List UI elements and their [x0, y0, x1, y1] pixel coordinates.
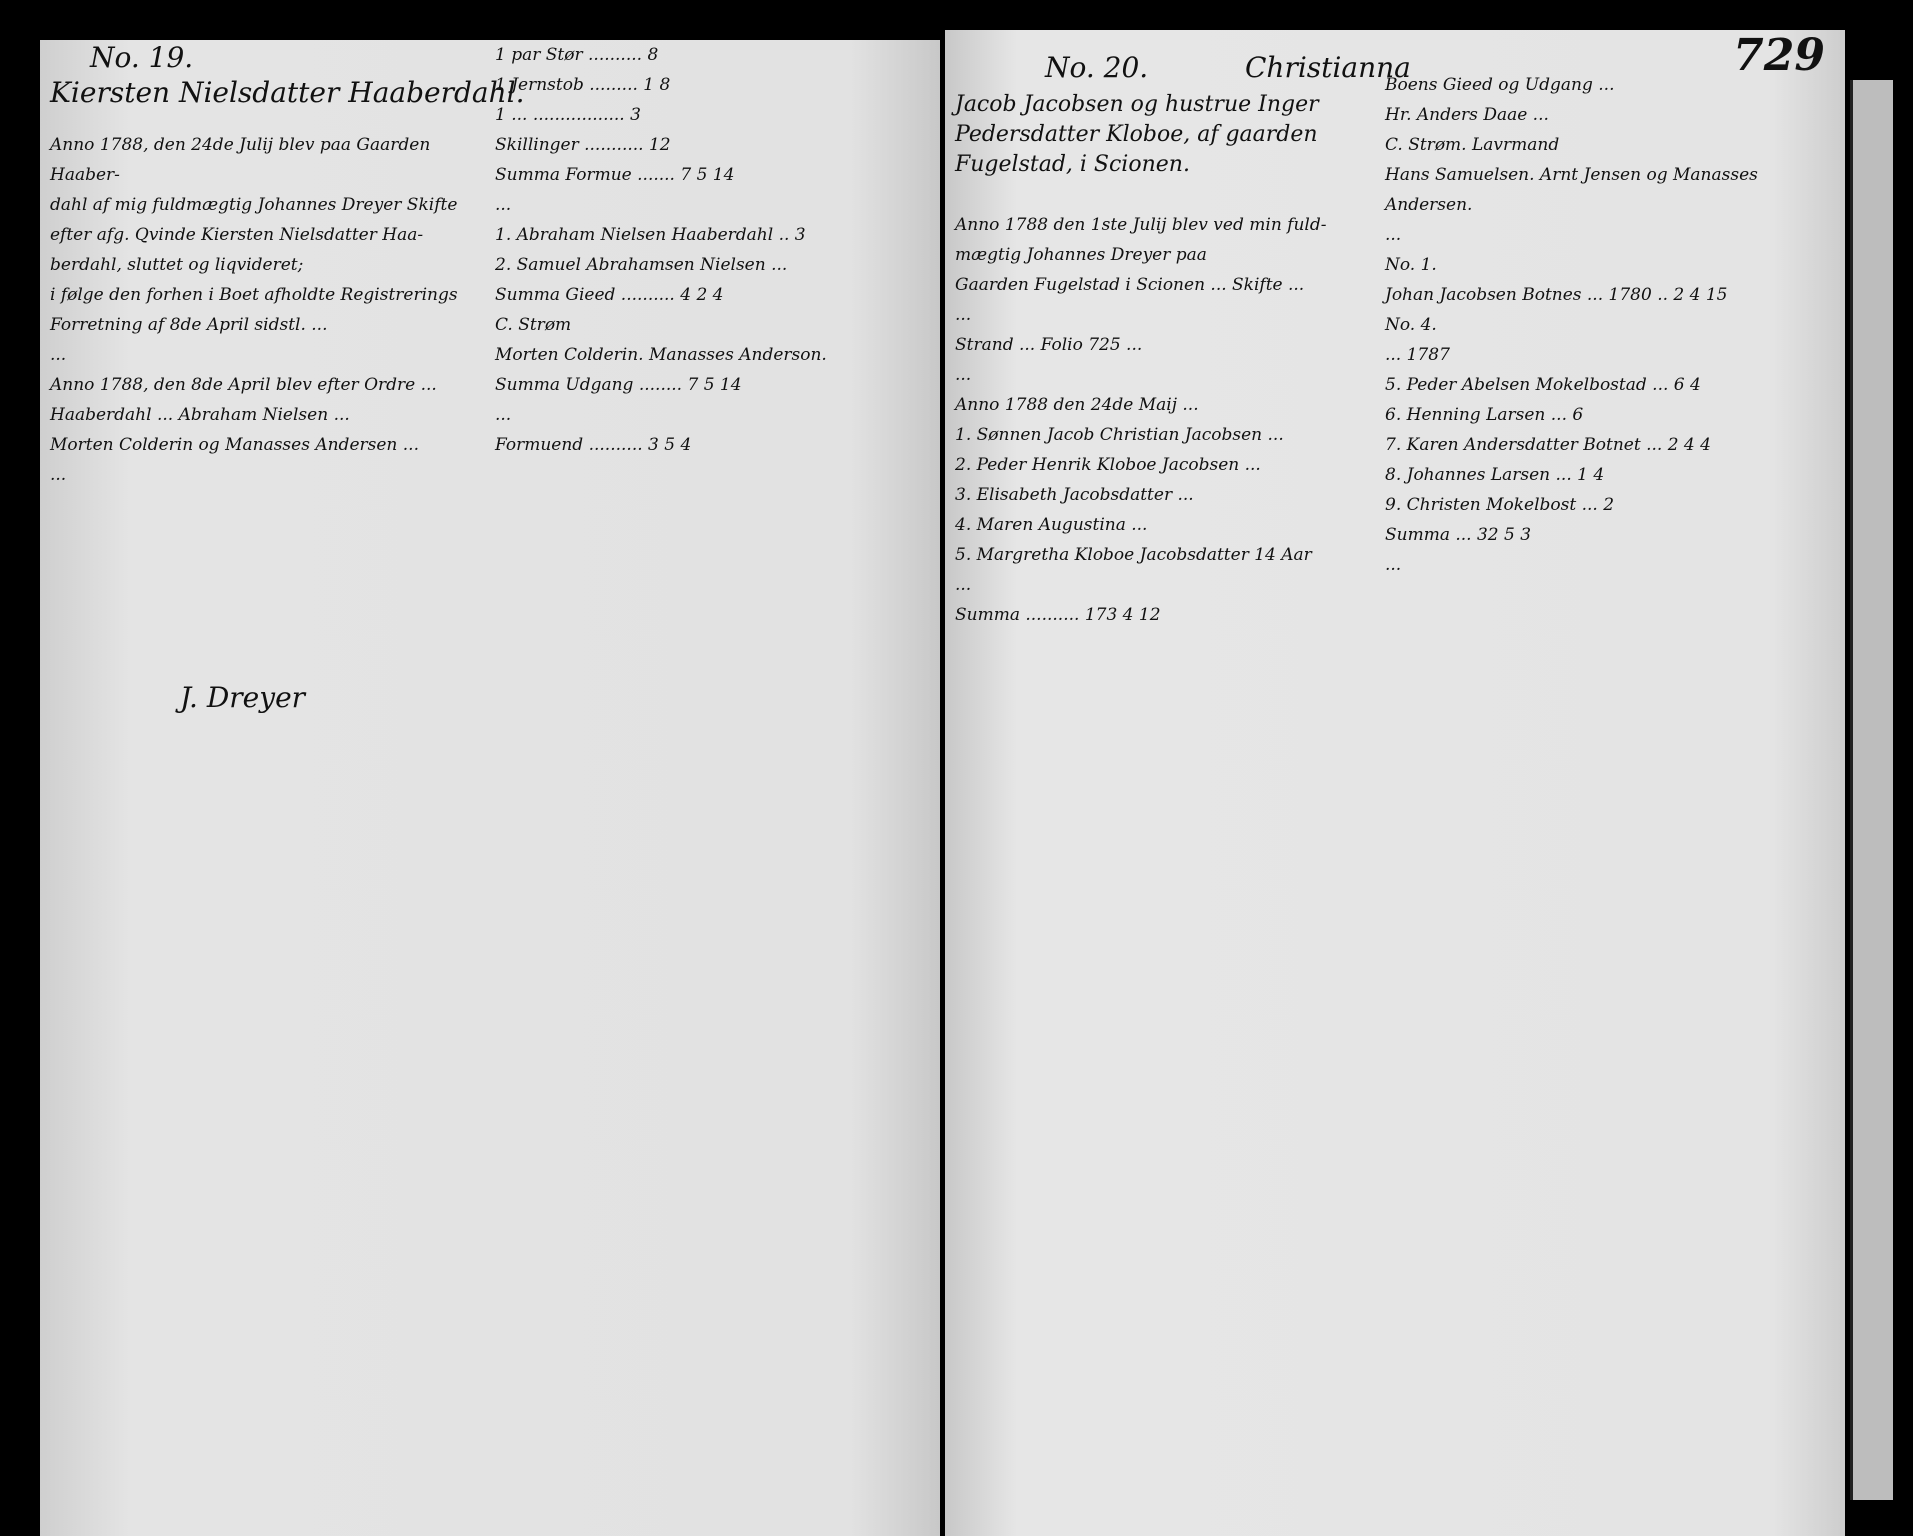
manuscript-line: 5. Margretha Kloboe Jacobsdatter 14 Aar: [955, 540, 1375, 570]
manuscript-line: efter afg. Qvinde Kiersten Nielsdatter H…: [50, 220, 480, 250]
manuscript-line: No. 4.: [1385, 310, 1805, 340]
entry-number: No. 19.: [90, 40, 193, 76]
entry-title: Jacob Jacobsen og hustrue Inger Pedersda…: [955, 90, 1375, 180]
manuscript-line: ...: [955, 360, 1375, 390]
manuscript-line: dahl af mig fuldmægtig Johannes Dreyer S…: [50, 190, 480, 220]
manuscript-line: Strand ... Folio 725 ...: [955, 330, 1375, 360]
manuscript-line: ...: [50, 460, 480, 490]
left-manuscript-page: No. 19. Kiersten Nielsdatter Haaberdahl.…: [40, 40, 940, 1536]
manuscript-line: Summa Udgang ........ 7 5 14: [495, 370, 925, 400]
manuscript-line: ...: [955, 570, 1375, 600]
left-column-text: Anno 1788, den 24de Julij blev paa Gaard…: [50, 130, 480, 490]
manuscript-line: ... 1787: [1385, 340, 1805, 370]
manuscript-line: ...: [1385, 550, 1805, 580]
manuscript-line: Hr. Anders Daae ...: [1385, 100, 1805, 130]
manuscript-line: 8. Johannes Larsen ... 1 4: [1385, 460, 1805, 490]
manuscript-line: Haaberdahl ... Abraham Nielsen ...: [50, 400, 480, 430]
manuscript-line: C. Strøm: [495, 310, 925, 340]
manuscript-line: Gaarden Fugelstad i Scionen ... Skifte .…: [955, 270, 1375, 300]
manuscript-line: ...: [50, 340, 480, 370]
page-edge-margin: [1850, 80, 1893, 1500]
manuscript-line: Forretning af 8de April sidstl. ...: [50, 310, 480, 340]
manuscript-line: No. 1.: [1385, 250, 1805, 280]
manuscript-line: Summa Formue ....... 7 5 14: [495, 160, 925, 190]
manuscript-line: Andersen.: [1385, 190, 1805, 220]
right-column-text: Boens Gieed og Udgang ...Hr. Anders Daae…: [1385, 70, 1805, 580]
manuscript-line: ...: [1385, 220, 1805, 250]
manuscript-line: mægtig Johannes Dreyer paa: [955, 240, 1375, 270]
manuscript-line: Summa Gieed .......... 4 2 4: [495, 280, 925, 310]
manuscript-line: 7. Karen Andersdatter Botnet ... 2 4 4: [1385, 430, 1805, 460]
manuscript-line: 1 par Stør .......... 8: [495, 40, 925, 70]
manuscript-line: ...: [495, 190, 925, 220]
signature: J. Dreyer: [180, 680, 305, 716]
manuscript-line: Skillinger ........... 12: [495, 130, 925, 160]
entry-title: Kiersten Nielsdatter Haaberdahl.: [50, 75, 524, 111]
manuscript-line: 1 Jernstob ......... 1 8: [495, 70, 925, 100]
right-column-text: 1 par Stør .......... 81 Jernstob ......…: [495, 40, 925, 460]
manuscript-line: ...: [955, 300, 1375, 330]
manuscript-line: 1 ... ................. 3: [495, 100, 925, 130]
manuscript-line: C. Strøm. Lavrmand: [1385, 130, 1805, 160]
manuscript-line: 3. Elisabeth Jacobsdatter ...: [955, 480, 1375, 510]
manuscript-line: Anno 1788 den 24de Maij ...: [955, 390, 1375, 420]
manuscript-line: Hans Samuelsen. Arnt Jensen og Manasses: [1385, 160, 1805, 190]
manuscript-line: Formuend .......... 3 5 4: [495, 430, 925, 460]
entry-number: No. 20.: [1045, 50, 1148, 86]
left-column-text: Anno 1788 den 1ste Julij blev ved min fu…: [955, 210, 1375, 630]
right-manuscript-page: No. 20. Christianna 729 Jacob Jacobsen o…: [945, 30, 1845, 1536]
manuscript-line: Anno 1788, den 24de Julij blev paa Gaard…: [50, 130, 480, 190]
manuscript-line: 2. Samuel Abrahamsen Nielsen ...: [495, 250, 925, 280]
manuscript-line: 6. Henning Larsen ... 6: [1385, 400, 1805, 430]
manuscript-line: Morten Colderin og Manasses Andersen ...: [50, 430, 480, 460]
manuscript-line: Anno 1788, den 8de April blev efter Ordr…: [50, 370, 480, 400]
manuscript-line: 2. Peder Henrik Kloboe Jacobsen ...: [955, 450, 1375, 480]
manuscript-line: Anno 1788 den 1ste Julij blev ved min fu…: [955, 210, 1375, 240]
manuscript-line: Morten Colderin. Manasses Anderson.: [495, 340, 925, 370]
manuscript-line: 5. Peder Abelsen Mokelbostad ... 6 4: [1385, 370, 1805, 400]
manuscript-line: berdahl, sluttet og liqvideret;: [50, 250, 480, 280]
manuscript-line: Summa .......... 173 4 12: [955, 600, 1375, 630]
manuscript-line: 1. Abraham Nielsen Haaberdahl .. 3: [495, 220, 925, 250]
manuscript-line: i følge den forhen i Boet afholdte Regis…: [50, 280, 480, 310]
manuscript-line: 1. Sønnen Jacob Christian Jacobsen ...: [955, 420, 1375, 450]
manuscript-line: Boens Gieed og Udgang ...: [1385, 70, 1805, 100]
manuscript-line: 4. Maren Augustina ...: [955, 510, 1375, 540]
manuscript-line: Summa ... 32 5 3: [1385, 520, 1805, 550]
manuscript-line: 9. Christen Mokelbost ... 2: [1385, 490, 1805, 520]
manuscript-line: Johan Jacobsen Botnes ... 1780 .. 2 4 15: [1385, 280, 1805, 310]
manuscript-line: ...: [495, 400, 925, 430]
